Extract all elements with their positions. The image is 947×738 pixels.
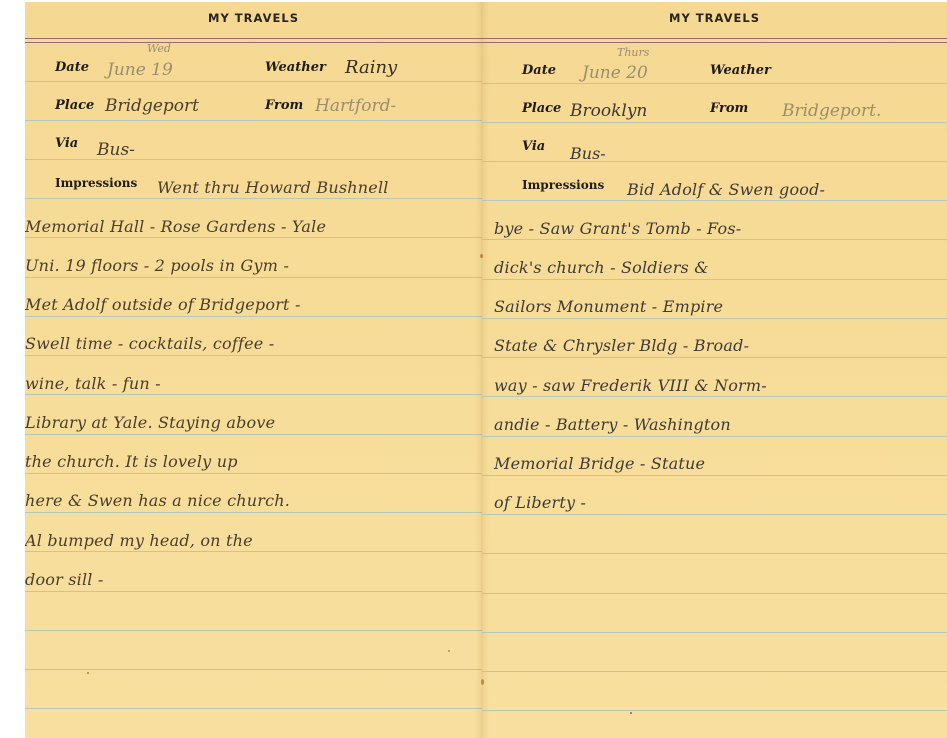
impressions-line: Went thru Howard Bushnell — [157, 178, 389, 197]
rule-line — [482, 436, 947, 437]
rule-line — [482, 553, 947, 554]
rule-line — [25, 512, 482, 513]
rule-line — [25, 394, 482, 395]
impressions-line: Met Adolf outside of Bridgeport - — [25, 295, 301, 314]
impressions-line: dick's church - Soldiers & — [494, 258, 709, 277]
rule-line — [25, 159, 482, 160]
rule-line — [482, 593, 947, 594]
impressions-line: door sill - — [25, 570, 104, 589]
rule-line — [482, 122, 947, 123]
rule-line — [482, 318, 947, 319]
from-value: Hartford- — [315, 96, 396, 116]
place-label: Place — [55, 98, 94, 113]
via-value: Bus- — [97, 140, 135, 160]
rule-line — [25, 669, 482, 670]
impressions-line: Memorial Hall - Rose Gardens - Yale — [25, 217, 326, 236]
rule-line — [25, 316, 482, 317]
impressions-line: bye - Saw Grant's Tomb - Fos- — [494, 219, 741, 238]
date-value: June 20 — [582, 63, 648, 83]
rule-line — [482, 475, 947, 476]
rule-line — [25, 237, 482, 238]
rule-line — [25, 355, 482, 356]
rule-line — [482, 239, 947, 240]
rule-line — [25, 198, 482, 199]
impressions-line: Uni. 19 floors - 2 pools in Gym - — [25, 256, 289, 275]
rule-line — [25, 277, 482, 278]
header-double-rule — [25, 38, 482, 43]
date-value: June 19 — [107, 60, 173, 80]
notebook-spread: MY TRAVELS Date Weather Place From Via I… — [25, 2, 947, 738]
impressions-line: Memorial Bridge - Statue — [494, 454, 705, 473]
header-double-rule — [482, 38, 947, 43]
rule-line — [25, 630, 482, 631]
impressions-line: andie - Battery - Washington — [494, 415, 731, 434]
left-page: MY TRAVELS Date Weather Place From Via I… — [25, 2, 482, 738]
weather-label: Weather — [265, 60, 326, 75]
rule-line — [25, 551, 482, 552]
impressions-label: Impressions — [55, 176, 137, 190]
rule-line — [482, 632, 947, 633]
date-label: Date — [55, 60, 89, 75]
via-label: Via — [522, 139, 545, 154]
rule-line — [482, 279, 947, 280]
day-value: Thurs — [617, 46, 649, 59]
impressions-line: Library at Yale. Staying above — [25, 413, 275, 432]
paper-speck — [630, 712, 632, 714]
via-value: Bus- — [570, 144, 606, 163]
paper-speck — [87, 672, 89, 674]
day-value: Wed — [147, 42, 171, 55]
page-title: MY TRAVELS — [482, 11, 947, 25]
rule-line — [25, 591, 482, 592]
impressions-line: State & Chrysler Bldg - Broad- — [494, 336, 749, 355]
from-value: Bridgeport. — [782, 101, 881, 121]
place-value: Brooklyn — [570, 101, 647, 121]
place-value: Bridgeport — [105, 96, 199, 116]
rule-line — [25, 708, 482, 709]
weather-label: Weather — [710, 63, 771, 78]
weather-value: Rainy — [345, 57, 397, 78]
right-page: MY TRAVELS Date Weather Place From Via I… — [482, 2, 947, 738]
rule-line — [25, 473, 482, 474]
via-label: Via — [55, 136, 78, 151]
impressions-line: Sailors Monument - Empire — [494, 297, 723, 316]
rule-line — [25, 434, 482, 435]
impressions-line: way - saw Frederik VIII & Norm- — [494, 376, 767, 395]
impressions-line: Bid Adolf & Swen good- — [627, 180, 825, 199]
impressions-line: Al bumped my head, on the — [25, 531, 253, 550]
impressions-label: Impressions — [522, 178, 604, 192]
impressions-line: wine, talk - fun - — [25, 374, 161, 393]
rule-line — [482, 200, 947, 201]
rule-line — [482, 83, 947, 84]
impressions-line: Swell time - cocktails, coffee - — [25, 334, 274, 353]
rule-line — [482, 671, 947, 672]
rule-line — [25, 120, 482, 121]
from-label: From — [265, 98, 303, 113]
date-label: Date — [522, 63, 556, 78]
rule-line — [482, 357, 947, 358]
rule-line — [482, 161, 947, 162]
from-label: From — [710, 101, 748, 116]
place-label: Place — [522, 101, 561, 116]
rule-line — [25, 81, 482, 82]
impressions-line: of Liberty - — [494, 493, 586, 512]
page-title: MY TRAVELS — [25, 11, 482, 25]
impressions-line: the church. It is lovely up — [25, 452, 238, 471]
rule-line — [482, 514, 947, 515]
impressions-line: here & Swen has a nice church. — [25, 491, 290, 510]
rule-line — [482, 710, 947, 711]
rule-line — [482, 396, 947, 397]
paper-speck — [448, 650, 450, 652]
